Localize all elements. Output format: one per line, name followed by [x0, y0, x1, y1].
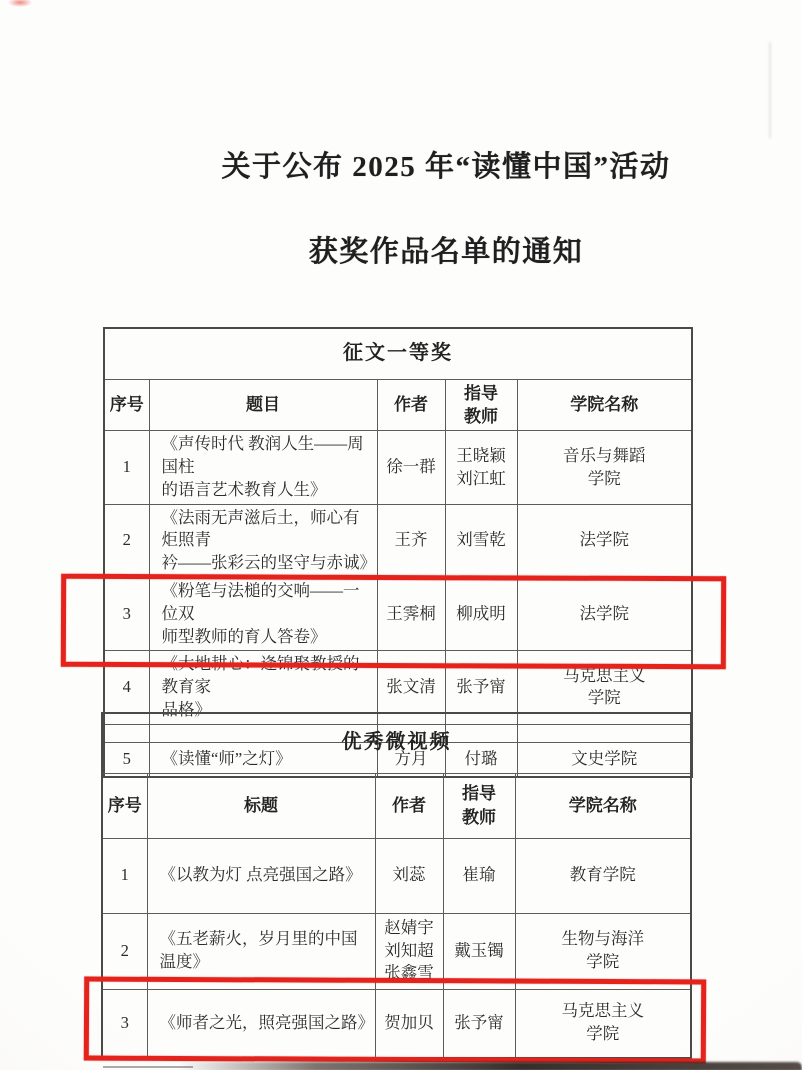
cell-title: 《声传时代 教润人生——周国柱 的语言艺术教育人生》: [149, 431, 377, 504]
essay-first-prize-table: 征文一等奖 序号题目作者指导 教师学院名称 1《声传时代 教润人生——周国柱 的…: [103, 327, 693, 778]
column-header: 指导 教师: [443, 773, 515, 838]
cell-advisor: 戴玉镯: [443, 913, 515, 989]
cell-advisor: 张予甯: [443, 989, 515, 1058]
cell-advisor: 柳成明: [445, 578, 517, 651]
table-body: 1《以教为灯 点亮强国之路》刘蕊崔瑜教育学院2《五老薪火，岁月里的中国温度》赵婧…: [102, 838, 691, 1058]
column-header: 指导 教师: [445, 379, 517, 431]
cell-no: 1: [104, 431, 149, 504]
cell-no: 3: [102, 989, 147, 1058]
next-row-border-hint: [103, 1066, 193, 1068]
cell-author: 刘蕊: [375, 838, 443, 913]
table-row: 3《粉笔与法槌的交响——一位双 师型教师的育人答卷》王霁桐柳成明法学院: [104, 578, 692, 651]
cell-college: 音乐与舞蹈 学院: [517, 431, 692, 504]
cell-author: 王齐: [377, 504, 445, 577]
red-corner-smudge: [8, 0, 32, 7]
column-header: 作者: [375, 773, 443, 838]
table-row: 1《声传时代 教润人生——周国柱 的语言艺术教育人生》徐一群王晓颖 刘江虹音乐与…: [104, 431, 692, 504]
table-row: 2《法雨无声滋后土，师心有炬照青 衿——张彩云的坚守与赤诚》王齐刘雪乾法学院: [104, 504, 692, 577]
table-header-row: 序号题目作者指导 教师学院名称: [104, 379, 692, 431]
column-header: 序号: [102, 773, 147, 838]
table-title: 征文一等奖: [104, 328, 692, 379]
table-row: 2《五老薪火，岁月里的中国温度》赵婧宇 刘知超 张鑫雪戴玉镯生物与海洋 学院: [102, 913, 691, 989]
column-header: 学院名称: [515, 773, 691, 838]
cell-college: 教育学院: [515, 838, 691, 913]
cell-no: 2: [102, 913, 147, 989]
cell-advisor: 王晓颖 刘江虹: [445, 431, 517, 504]
cell-college: 法学院: [517, 578, 692, 651]
column-header: 标题: [147, 773, 375, 838]
column-header: 题目: [149, 379, 377, 431]
column-header: 学院名称: [517, 379, 692, 431]
cell-college: 法学院: [517, 504, 692, 577]
cell-author: 王霁桐: [377, 578, 445, 651]
table-row: 1《以教为灯 点亮强国之路》刘蕊崔瑜教育学院: [102, 838, 691, 913]
cell-title: 《粉笔与法槌的交响——一位双 师型教师的育人答卷》: [149, 578, 377, 651]
document-title-line2: 获奖作品名单的通知: [90, 229, 802, 270]
cell-author: 赵婧宇 刘知超 张鑫雪: [375, 913, 443, 989]
scanned-notice-page: { "page": { "title_line1": "关于公布 2025 年“…: [0, 0, 802, 1070]
page-edge-shadow: [178, 1062, 802, 1070]
cell-advisor: 刘雪乾: [445, 504, 517, 577]
cell-title: 《以教为灯 点亮强国之路》: [147, 838, 375, 913]
micro-video-table: 优秀微视频 序号标题作者指导 教师学院名称 1《以教为灯 点亮强国之路》刘蕊崔瑜…: [101, 712, 692, 1059]
cell-title: 《五老薪火，岁月里的中国温度》: [147, 913, 375, 989]
cell-author: 贺加贝: [375, 989, 443, 1058]
cell-no: 1: [102, 838, 147, 913]
cell-author: 徐一群: [377, 431, 445, 504]
table-title-row: 优秀微视频: [102, 713, 691, 773]
cell-no: 2: [104, 504, 149, 577]
cell-advisor: 崔瑜: [443, 838, 515, 913]
table-title: 优秀微视频: [102, 713, 691, 773]
scan-artifact-line: [769, 42, 771, 138]
table-row: 3《师者之光，照亮强国之路》贺加贝张予甯马克思主义 学院: [102, 989, 691, 1058]
table-header-row: 序号标题作者指导 教师学院名称: [102, 773, 691, 838]
column-header: 序号: [104, 379, 149, 431]
table-title-row: 征文一等奖: [104, 328, 692, 379]
cell-title: 《师者之光，照亮强国之路》: [147, 989, 375, 1058]
cell-no: 3: [104, 578, 149, 651]
document-title: 关于公布 2025 年“读懂中国”活动 获奖作品名单的通知: [90, 144, 802, 270]
cell-college: 生物与海洋 学院: [515, 913, 691, 989]
cell-title: 《法雨无声滋后土，师心有炬照青 衿——张彩云的坚守与赤诚》: [149, 504, 377, 577]
document-title-line1: 关于公布 2025 年“读懂中国”活动: [90, 144, 802, 185]
cell-college: 马克思主义 学院: [515, 989, 691, 1058]
column-header: 作者: [377, 379, 445, 431]
